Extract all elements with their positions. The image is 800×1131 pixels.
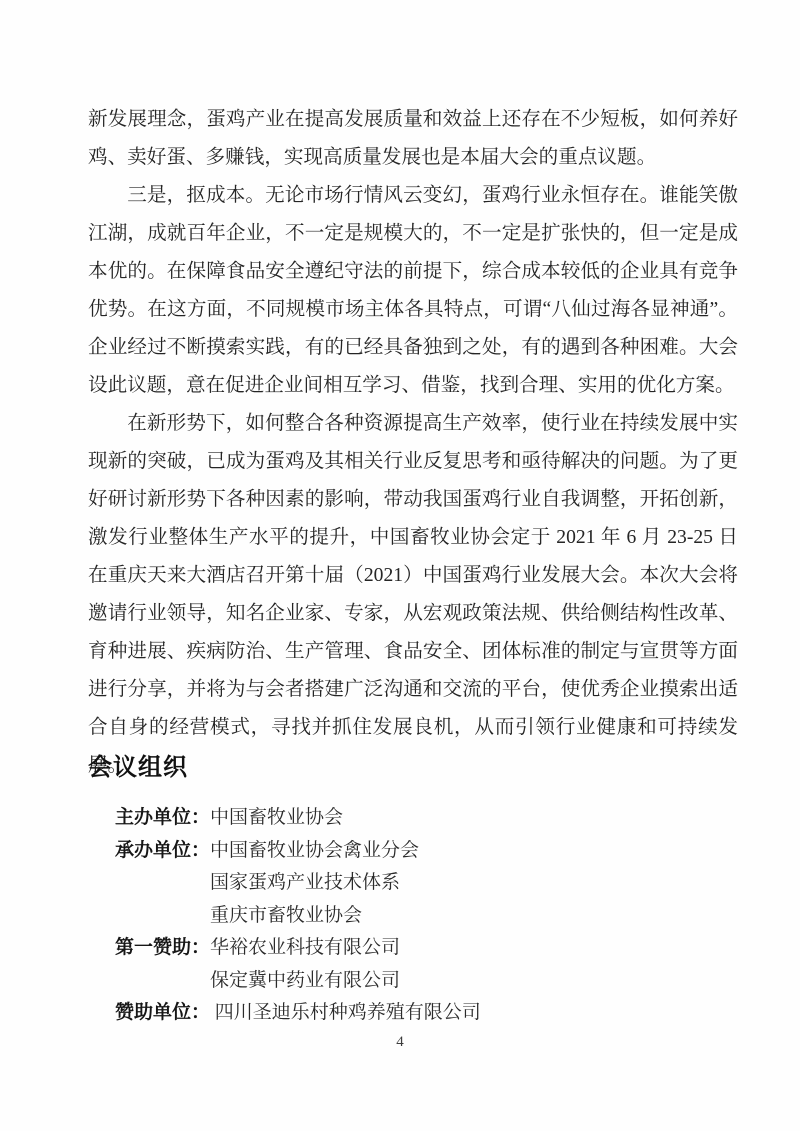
org-row: 承办单位：中国畜牧业协会禽业分会国家蛋鸡产业技术体系重庆市畜牧业协会 [115, 835, 738, 933]
org-values: 中国畜牧业协会 [210, 802, 738, 835]
paragraph: 新发展理念，蛋鸡产业在提高发展质量和效益上还存在不少短板，如何养好鸡、卖好蛋、多… [88, 101, 738, 177]
org-value: 重庆市畜牧业协会 [210, 900, 738, 933]
document-page: 新发展理念，蛋鸡产业在提高发展质量和效益上还存在不少短板，如何养好鸡、卖好蛋、多… [0, 0, 800, 1131]
meeting-organization-section: 会议组织 主办单位：中国畜牧业协会承办单位：中国畜牧业协会禽业分会国家蛋鸡产业技… [88, 750, 738, 1030]
org-value: 国家蛋鸡产业技术体系 [210, 867, 738, 900]
org-row: 主办单位：中国畜牧业协会 [115, 802, 738, 835]
paragraph: 在新形势下，如何整合各种资源提高生产效率，使行业在持续发展中实现新的突破，已成为… [88, 405, 738, 785]
org-values: 四川圣迪乐村种鸡养殖有限公司 [210, 997, 738, 1030]
org-label: 赞助单位： [115, 997, 210, 1030]
org-list: 主办单位：中国畜牧业协会承办单位：中国畜牧业协会禽业分会国家蛋鸡产业技术体系重庆… [115, 802, 738, 1030]
org-label: 第一赞助： [115, 932, 210, 965]
body-text: 新发展理念，蛋鸡产业在提高发展质量和效益上还存在不少短板，如何养好鸡、卖好蛋、多… [88, 101, 738, 785]
section-heading: 会议组织 [88, 750, 738, 786]
org-values: 华裕农业科技有限公司保定冀中药业有限公司 [210, 932, 738, 997]
page-number: 4 [0, 1034, 800, 1051]
org-value: 中国畜牧业协会 [210, 802, 738, 835]
org-value: 中国畜牧业协会禽业分会 [210, 835, 738, 868]
org-row: 第一赞助：华裕农业科技有限公司保定冀中药业有限公司 [115, 932, 738, 997]
org-value: 华裕农业科技有限公司 [210, 932, 738, 965]
org-label: 承办单位： [115, 835, 210, 868]
org-value: 保定冀中药业有限公司 [210, 965, 738, 998]
org-label: 主办单位： [115, 802, 210, 835]
paragraph: 三是，抠成本。无论市场行情风云变幻，蛋鸡行业永恒存在。谁能笑傲江湖，成就百年企业… [88, 177, 738, 405]
org-value: 四川圣迪乐村种鸡养殖有限公司 [210, 997, 738, 1030]
org-values: 中国畜牧业协会禽业分会国家蛋鸡产业技术体系重庆市畜牧业协会 [210, 835, 738, 933]
org-row: 赞助单位： 四川圣迪乐村种鸡养殖有限公司 [115, 997, 738, 1030]
